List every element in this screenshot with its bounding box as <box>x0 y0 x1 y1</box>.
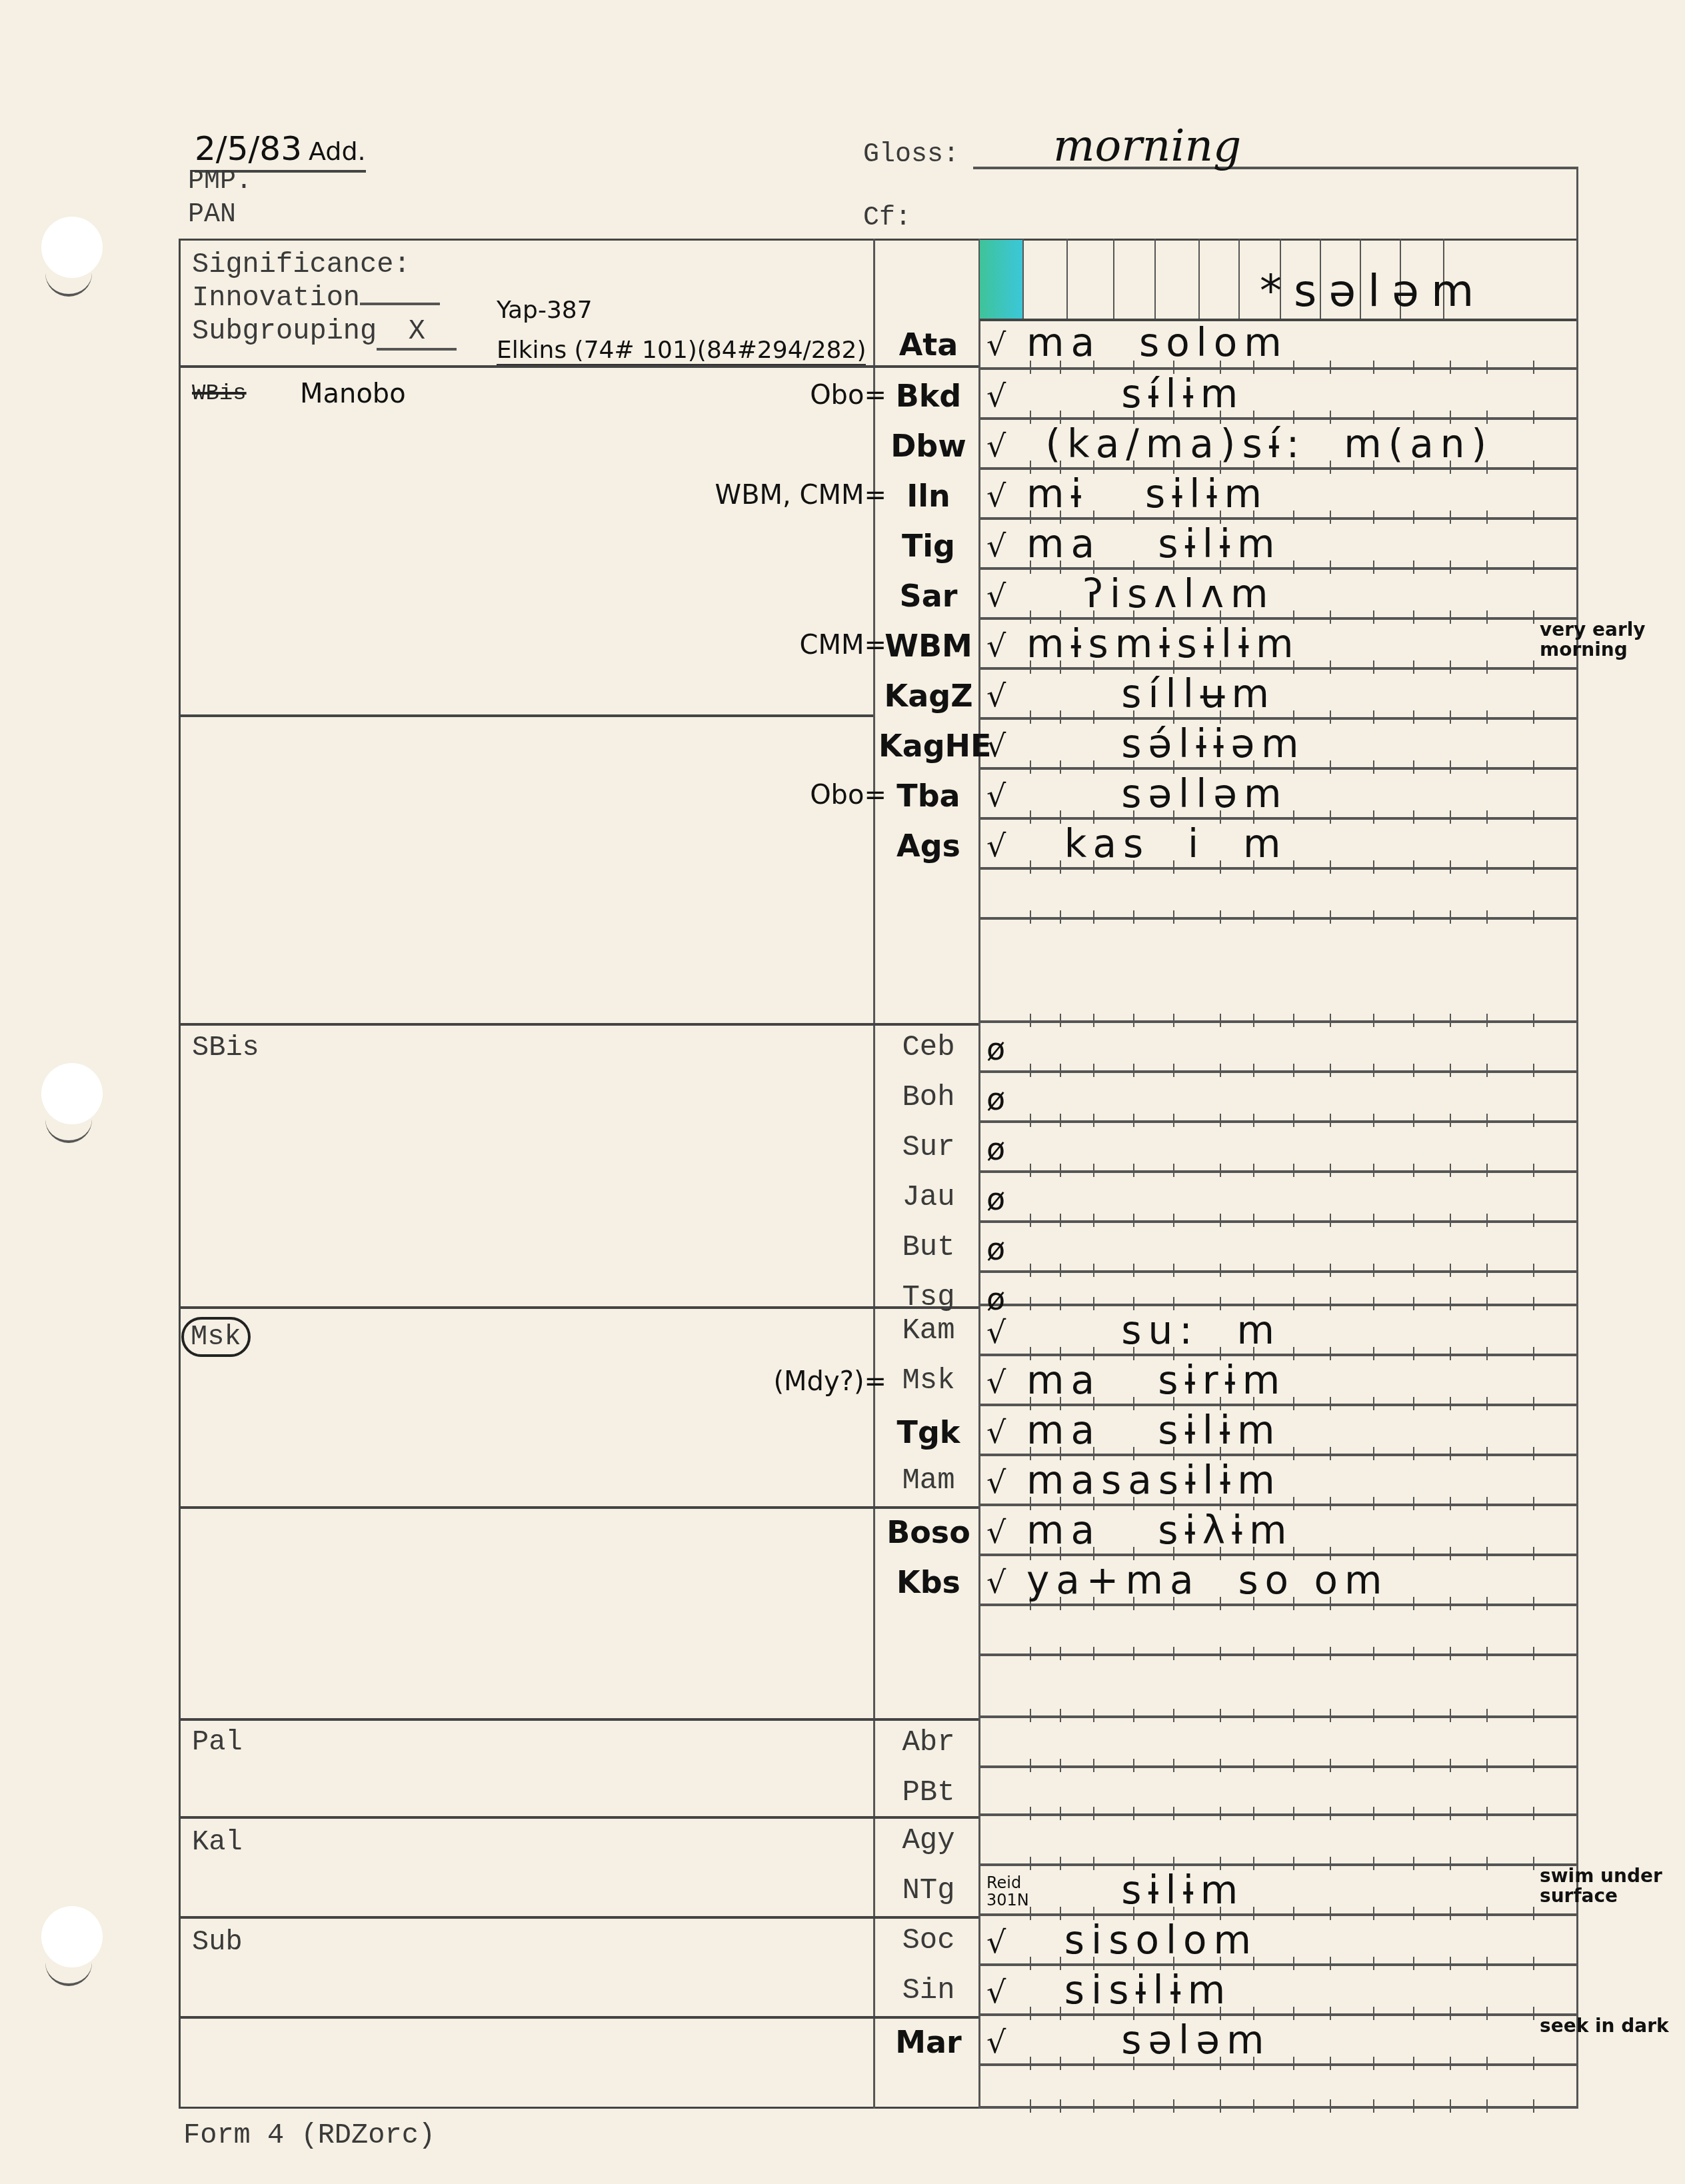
grid-tick <box>1533 1447 1534 1460</box>
language-code: Agy <box>878 1824 978 1857</box>
grid-tick <box>1533 2099 1534 2113</box>
reference-yap: Yap-387 <box>497 297 593 324</box>
reflex-form: sɨlɨm <box>1026 1867 1520 1913</box>
attestation-mark: √ <box>986 1924 1006 1960</box>
grid-tick <box>1373 1709 1374 1722</box>
grid-tick <box>1533 1647 1534 1660</box>
reflex-form: mɨ sɨlɨm <box>1026 471 1520 517</box>
reflex-form: sisolom <box>1026 1917 1520 1963</box>
grid-tick <box>1533 1347 1534 1360</box>
grid-tick <box>1486 1759 1488 1772</box>
grid-tick <box>1533 411 1534 424</box>
grid-tick <box>1093 1064 1094 1077</box>
grid-tick <box>1330 1807 1331 1820</box>
language-code: KagZ <box>878 678 978 714</box>
reflex-form: su: m <box>1026 1308 1520 1353</box>
section-divider <box>179 1023 978 1026</box>
grid-tick <box>1533 1264 1534 1277</box>
grid-tick <box>1450 1647 1451 1660</box>
attestation-mark: ø <box>986 1231 1005 1267</box>
language-code: Ceb <box>878 1031 978 1064</box>
section-divider <box>179 2016 978 2019</box>
grid-tick <box>1093 1709 1094 1722</box>
grid-tick <box>1093 1214 1094 1227</box>
grid-tick <box>1030 1064 1031 1077</box>
grid-tick <box>1413 1807 1414 1820</box>
grid-tick <box>1330 910 1331 924</box>
equivalence-note: Obo= <box>810 780 886 810</box>
form-footer: Form 4 (RDZorc) <box>183 2119 435 2151</box>
grid-tick <box>1330 1647 1331 1660</box>
grid-tick <box>1173 910 1174 924</box>
grid-tick <box>1533 1397 1534 1410</box>
grid-tick <box>1220 1709 1221 1722</box>
grid-tick <box>1373 1264 1374 1277</box>
grid-tick <box>1533 1547 1534 1560</box>
grid-tick <box>1450 1014 1451 1027</box>
attestation-mark: ø <box>986 1131 1005 1167</box>
grid-tick <box>1330 1064 1331 1077</box>
grid-tick <box>1486 1014 1488 1027</box>
language-code: Sin <box>878 1974 978 2007</box>
grid-tick <box>1173 2099 1174 2113</box>
grid-tick <box>1373 1214 1374 1227</box>
grid-tick <box>1413 1214 1414 1227</box>
reflex-form: ʔisʌlʌm <box>1026 571 1520 616</box>
grid-tick <box>1486 1264 1488 1277</box>
grid-tick <box>1330 1114 1331 1127</box>
grid-tick <box>1220 2099 1221 2113</box>
grid-tick <box>1533 860 1534 874</box>
attestation-mark: √ <box>986 1414 1006 1450</box>
language-code: Kbs <box>878 1564 978 1600</box>
pan-label: PAN <box>188 200 236 230</box>
grid-tick <box>1293 1164 1294 1177</box>
reflex-form: mɨsmɨsɨlɨm <box>1026 621 1520 666</box>
grid-tick <box>1030 1647 1031 1660</box>
grid-tick <box>1293 2099 1294 2113</box>
grid-tick <box>1413 1164 1414 1177</box>
meaning-note: seek in dark <box>1540 2016 1673 2036</box>
grid-tick <box>1486 910 1488 924</box>
reference-elkins: Elkins (74# 101)(84#294/282) <box>497 337 866 366</box>
reflex-form: ma sɨλɨm <box>1026 1508 1520 1553</box>
grid-tick <box>1220 1759 1221 1772</box>
attestation-mark: √ <box>986 1974 1006 2010</box>
grid-tick <box>1133 1214 1134 1227</box>
reflex-form: ma solom <box>1026 320 1520 365</box>
language-code: Tsg <box>878 1281 978 1314</box>
grid-tick <box>1533 2007 1534 2020</box>
grid-tick <box>1173 1164 1174 1177</box>
language-code: Kam <box>878 1314 978 1348</box>
proto-cell-divider <box>1198 239 1200 319</box>
grid-tick <box>1133 1759 1134 1772</box>
grid-tick <box>1293 1807 1294 1820</box>
pmp-label: PMP. <box>188 167 252 197</box>
grid-tick <box>1486 1807 1488 1820</box>
grid-tick <box>1533 2057 1534 2070</box>
reflex-form: səlləm <box>1026 771 1520 816</box>
grid-tick <box>1330 2099 1331 2113</box>
grid-tick <box>1330 1759 1331 1772</box>
grid-tick <box>1373 910 1374 924</box>
language-code: NTg <box>878 1874 978 1907</box>
grid-tick <box>1293 1064 1294 1077</box>
reflex-form: ma sɨlɨm <box>1026 521 1520 566</box>
grid-tick <box>1133 1114 1134 1127</box>
proto-cell-divider <box>1154 239 1156 319</box>
grid-tick <box>1253 1164 1254 1177</box>
grid-tick <box>1533 1759 1534 1772</box>
section-divider <box>179 1306 978 1309</box>
attestation-mark: √ <box>986 327 1006 363</box>
equivalence-note: CMM= <box>800 630 886 660</box>
grid-tick <box>1373 1807 1374 1820</box>
language-code: Tig <box>878 528 978 564</box>
grid-tick <box>1253 1759 1254 1772</box>
grid-tick <box>1220 1164 1221 1177</box>
grid-tick <box>1093 910 1094 924</box>
grid-tick <box>1293 1709 1294 1722</box>
grid-tick <box>1373 1114 1374 1127</box>
meaning-note: swim under surface <box>1540 1866 1673 1906</box>
reflex-form: ma sɨlɨm <box>1026 1408 1520 1453</box>
subgrouping-mark[interactable]: X <box>377 315 457 351</box>
reflex-form: síllʉm <box>1026 671 1520 716</box>
language-code: WBM <box>878 628 978 664</box>
grid-tick <box>1173 1264 1174 1277</box>
significance-block: Significance: Innovation SubgroupingX <box>192 248 457 351</box>
grid-tick <box>1133 2099 1134 2113</box>
grid-tick <box>1450 1114 1451 1127</box>
grid-tick <box>1173 1114 1174 1127</box>
grid-tick <box>1060 1164 1061 1177</box>
grid-tick <box>1533 560 1534 574</box>
equivalence-note: Obo= <box>810 380 886 411</box>
grid-tick <box>1413 1114 1414 1127</box>
meaning-note: very early morning <box>1540 620 1673 660</box>
grid-tick <box>1253 1064 1254 1077</box>
language-code: Mam <box>878 1464 978 1498</box>
section-label-sub: Sub <box>192 1926 243 1958</box>
grid-tick <box>1413 1647 1414 1660</box>
language-code: But <box>878 1231 978 1264</box>
reflex-form: sɨ́lɨm <box>1026 371 1520 417</box>
grid-tick <box>1450 1759 1451 1772</box>
attestation-mark: √ <box>986 528 1006 564</box>
grid-tick <box>1133 910 1134 924</box>
section-label-pal: Pal <box>192 1726 243 1758</box>
grid-tick <box>1533 1297 1534 1310</box>
grid-tick <box>1173 1214 1174 1227</box>
grid-tick <box>1093 1264 1094 1277</box>
grid-tick <box>1533 1214 1534 1227</box>
section-divider <box>179 714 873 717</box>
section-label-msk: Msk <box>181 1317 251 1357</box>
grid-tick <box>1293 1647 1294 1660</box>
attestation-mark: √ <box>986 628 1006 664</box>
grid-tick <box>1373 1014 1374 1027</box>
grid-tick <box>1450 1064 1451 1077</box>
grid-tick <box>1293 910 1294 924</box>
grid-tick <box>1413 1264 1414 1277</box>
grid-tick <box>1533 760 1534 774</box>
attestation-mark: √ <box>986 1364 1006 1400</box>
language-code: Mar <box>878 2024 978 2060</box>
proto-form: *sələm <box>1260 265 1486 317</box>
grid-tick <box>1533 710 1534 724</box>
reflex-form: masasɨlɨm <box>1026 1458 1520 1503</box>
language-code: Bkd <box>878 378 978 414</box>
attestation-mark: ø <box>986 1081 1005 1117</box>
equivalence-note: WBM, CMM= <box>715 480 886 511</box>
attestation-mark: √ <box>986 1314 1006 1350</box>
grid-tick <box>1533 511 1534 524</box>
grid-tick <box>1330 1014 1331 1027</box>
grid-tick <box>1220 1264 1221 1277</box>
grid-tick <box>1533 810 1534 824</box>
grid-tick <box>1030 1014 1031 1027</box>
section-divider <box>179 365 978 368</box>
grid-tick <box>1533 361 1534 374</box>
language-code: PBt <box>878 1776 978 1809</box>
reflex-form: kas i m <box>1026 821 1520 866</box>
grid-tick <box>1450 1214 1451 1227</box>
grid-tick <box>1330 1164 1331 1177</box>
grid-tick <box>1060 1114 1061 1127</box>
lang-column-left-border <box>873 239 875 2109</box>
proto-cell-divider <box>1022 239 1024 319</box>
form-right-border <box>1576 167 1578 2109</box>
attestation-mark: √ <box>986 2024 1006 2060</box>
grid-tick <box>1093 1114 1094 1127</box>
grid-tick <box>1450 1709 1451 1722</box>
language-code: Sur <box>878 1131 978 1164</box>
struck-section-label: WBis <box>192 381 247 407</box>
attestation-mark: √ <box>986 478 1006 514</box>
grid-tick <box>1450 1264 1451 1277</box>
attestation-mark: ø <box>986 1181 1005 1217</box>
grid-tick <box>1030 1709 1031 1722</box>
grid-tick <box>1253 1264 1254 1277</box>
grid-tick <box>1373 1647 1374 1660</box>
grid-tick <box>1486 1114 1488 1127</box>
grid-tick <box>1030 1214 1031 1227</box>
language-code: Ags <box>878 828 978 864</box>
proto-cell-divider <box>1238 239 1240 319</box>
reflex-form: ma sɨrɨm <box>1026 1358 1520 1403</box>
grid-tick <box>1533 1709 1534 1722</box>
grid-tick <box>1133 1014 1134 1027</box>
grid-tick <box>1373 1064 1374 1077</box>
grid-tick <box>1450 1807 1451 1820</box>
reflex-form: sisɨlɨm <box>1026 1967 1520 2013</box>
grid-tick <box>1220 1114 1221 1127</box>
grid-tick <box>1030 910 1031 924</box>
grid-tick <box>1030 1759 1031 1772</box>
language-code: Tba <box>878 778 978 814</box>
grid-tick <box>1173 1807 1174 1820</box>
reflex-form: ya+ma so om <box>1026 1558 1520 1603</box>
grid-tick <box>1253 1807 1254 1820</box>
language-code: Sar <box>878 578 978 614</box>
grid-tick <box>1486 1647 1488 1660</box>
grid-tick <box>1253 1647 1254 1660</box>
grid-tick <box>1486 1064 1488 1077</box>
section-divider <box>179 1916 978 1919</box>
grid-tick <box>1133 1807 1134 1820</box>
significance-title: Significance: <box>192 248 457 281</box>
grid-tick <box>1533 660 1534 674</box>
section-label-sbis: SBis <box>192 1032 259 1064</box>
language-code: Boh <box>878 1081 978 1114</box>
grid-tick <box>1133 1264 1134 1277</box>
grid-tick <box>1533 461 1534 474</box>
grid-tick <box>1413 2099 1414 2113</box>
grid-tick <box>1173 1064 1174 1077</box>
grid-tick <box>1093 1807 1094 1820</box>
language-code: Tgk <box>878 1414 978 1450</box>
grid-tick <box>1093 1759 1094 1772</box>
grid-tick <box>1030 1807 1031 1820</box>
grid-tick <box>1533 1064 1534 1077</box>
grid-tick <box>1330 1214 1331 1227</box>
gloss-value: morning <box>1053 120 1241 171</box>
grid-tick <box>1413 1064 1414 1077</box>
grid-tick <box>1060 1647 1061 1660</box>
subgrouping-row: SubgroupingX <box>192 315 457 351</box>
grid-tick <box>1533 1807 1534 1820</box>
grid-tick <box>1486 1164 1488 1177</box>
section-label-kal: Kal <box>192 1826 243 1858</box>
grid-tick <box>1486 1214 1488 1227</box>
innovation-mark[interactable] <box>360 303 440 305</box>
equivalence-note: (Mdy?)= <box>773 1366 886 1397</box>
proto-cell-divider <box>1113 239 1114 319</box>
grid-tick <box>1060 1214 1061 1227</box>
grid-tick <box>1060 910 1061 924</box>
grid-tick <box>1060 2099 1061 2113</box>
grid-tick <box>1293 1214 1294 1227</box>
attestation-mark: √ <box>986 378 1006 414</box>
grid-tick <box>1030 1264 1031 1277</box>
grid-tick <box>1133 1064 1134 1077</box>
language-code: Abr <box>878 1726 978 1759</box>
language-code: Soc <box>878 1924 978 1957</box>
binder-hole-shadow <box>45 1953 92 1986</box>
grid-tick <box>1173 1709 1174 1722</box>
language-code: Iln <box>878 478 978 514</box>
grid-tick <box>1533 610 1534 624</box>
grid-tick <box>1253 2099 1254 2113</box>
attestation-mark: √ <box>986 578 1006 614</box>
reflex-form: sə́lɨɨəm <box>1026 721 1520 766</box>
grid-tick <box>1173 1759 1174 1772</box>
grid-tick <box>1060 1064 1061 1077</box>
reflex-form: sələm <box>1026 2017 1520 2063</box>
language-code: Msk <box>878 1364 978 1398</box>
grid-tick <box>1093 1164 1094 1177</box>
language-code: Jau <box>878 1181 978 1214</box>
grid-tick <box>1293 1759 1294 1772</box>
grid-tick <box>1486 2099 1488 2113</box>
grid-tick <box>1373 2099 1374 2113</box>
grid-tick <box>1486 1709 1488 1722</box>
grid-tick <box>1220 1807 1221 1820</box>
grid-tick <box>1133 1709 1134 1722</box>
grid-tick <box>1220 1214 1221 1227</box>
grid-tick <box>1533 1497 1534 1510</box>
grid-tick <box>1060 1014 1061 1027</box>
grid-tick <box>1220 910 1221 924</box>
grid-tick <box>1373 1759 1374 1772</box>
grid-tick <box>1093 1647 1094 1660</box>
grid-tick <box>1293 1264 1294 1277</box>
grid-tick <box>1373 1164 1374 1177</box>
attestation-mark: √ <box>986 678 1006 714</box>
reflex-form: (ka/ma)sɨ́: m(an) <box>1026 421 1520 467</box>
grid-tick <box>1533 1597 1534 1610</box>
binder-hole-shadow <box>45 1110 92 1143</box>
grid-tick <box>1220 1014 1221 1027</box>
grid-tick <box>1253 1709 1254 1722</box>
grid-tick <box>1133 1647 1134 1660</box>
grid-tick <box>1220 1647 1221 1660</box>
language-code: Boso <box>878 1514 978 1550</box>
grid-tick <box>1450 1164 1451 1177</box>
attestation-mark: √ <box>986 1464 1006 1500</box>
grid-tick <box>1253 1114 1254 1127</box>
section-label-manobo: Manobo <box>300 379 406 409</box>
grid-tick <box>1030 1114 1031 1127</box>
grid-tick <box>1413 1014 1414 1027</box>
grid-tick <box>1093 2099 1094 2113</box>
grid-tick <box>1293 1114 1294 1127</box>
attestation-mark: ø <box>986 1281 1005 1317</box>
grid-tick <box>1533 1857 1534 1870</box>
grid-tick <box>1060 1759 1061 1772</box>
attestation-mark: √ <box>986 728 1006 764</box>
grid-tick <box>1253 1014 1254 1027</box>
grid-tick <box>1413 910 1414 924</box>
grid-tick <box>1533 1907 1534 1920</box>
grid-tick <box>1450 2099 1451 2113</box>
grid-tick <box>1253 1214 1254 1227</box>
grid-tick <box>1060 1264 1061 1277</box>
grid-tick <box>1253 910 1254 924</box>
attestation-mark: √ <box>986 828 1006 864</box>
binder-hole-shadow <box>45 263 92 297</box>
grid-tick <box>1220 1064 1221 1077</box>
grid-tick <box>1093 1014 1094 1027</box>
section-divider <box>179 1718 978 1721</box>
grid-tick <box>1133 1164 1134 1177</box>
grid-tick <box>1533 910 1534 924</box>
proto-cell-divider <box>1066 239 1068 319</box>
attestation-mark: √ <box>986 778 1006 814</box>
cf-label: Cf: <box>863 203 911 233</box>
innovation-row: Innovation <box>192 281 457 315</box>
attestation-mark: ø <box>986 1031 1005 1067</box>
gloss-label: Gloss: <box>863 140 959 170</box>
section-divider <box>179 1816 978 1819</box>
grid-tick <box>1030 2099 1031 2113</box>
grid-tick <box>1533 1164 1534 1177</box>
grid-tick <box>1413 1709 1414 1722</box>
grid-tick <box>1330 1264 1331 1277</box>
language-code: Dbw <box>878 428 978 464</box>
